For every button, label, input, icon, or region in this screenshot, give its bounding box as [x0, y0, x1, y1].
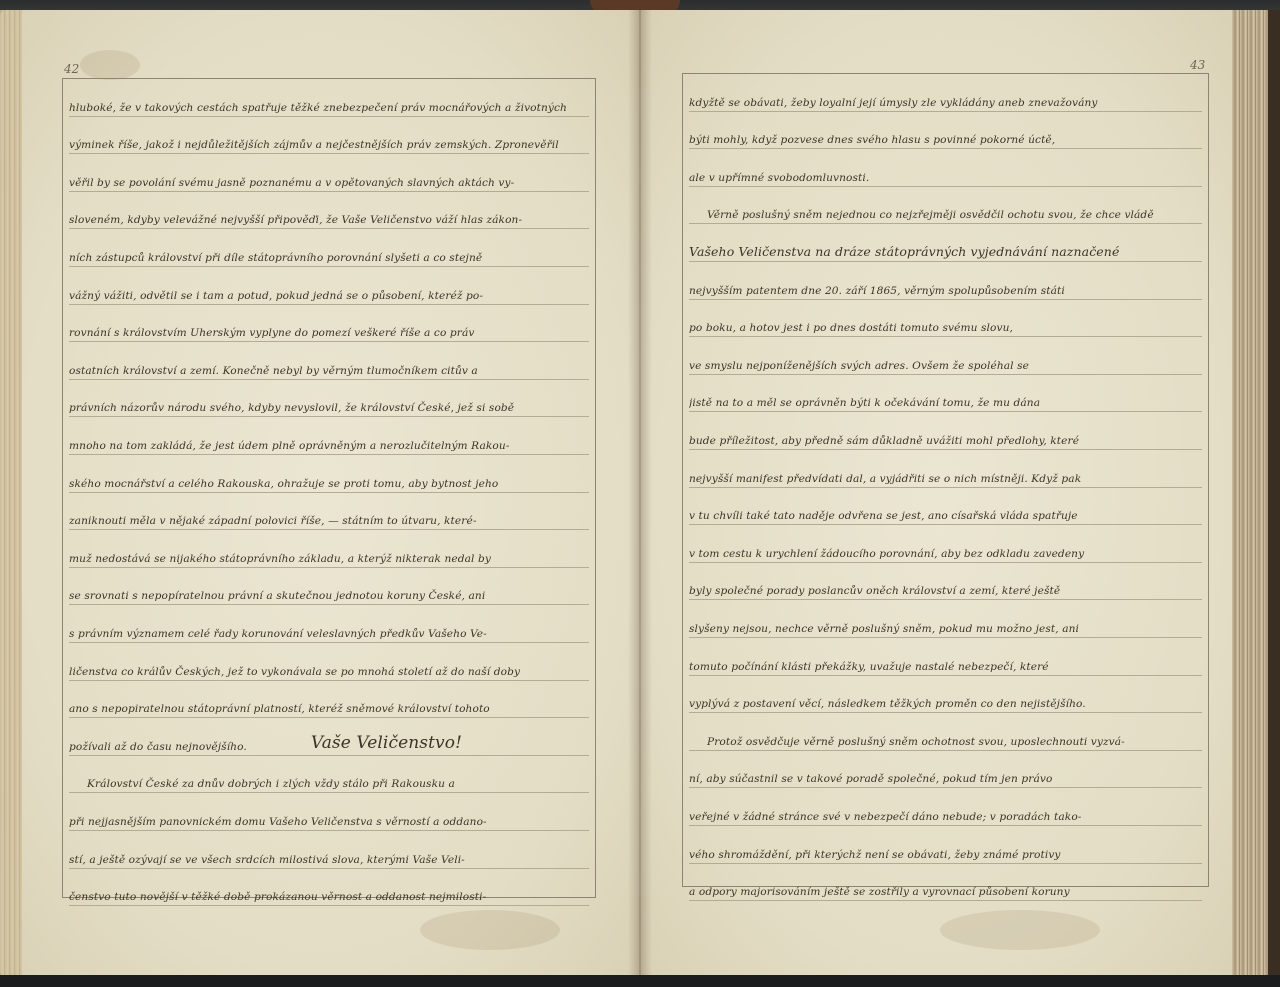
text-line-with-salutation: požívali až do času nejnovějšího. Vaše V… [69, 718, 589, 756]
text-line: ano s nepopiratelnou státoprávní platnos… [69, 681, 589, 719]
text-line: jistě na to a měl se oprávněn býti k oče… [689, 375, 1202, 413]
text-line: se srovnati s nepopíratelnou právní a sk… [69, 568, 589, 606]
text-line: ale v upřímné svobodomluvnosti. [689, 149, 1202, 187]
salutation-heading: Vaše Veličenstvo! [311, 733, 462, 753]
left-page-number: 42 [64, 62, 79, 76]
text-line: kdyžtě se obávati, žeby loyalní její úmy… [689, 74, 1202, 112]
text-line-segment: požívali až do času nejnovějšího. [69, 741, 247, 753]
text-line: zaniknouti měla v nějaké západní polovic… [69, 493, 589, 531]
text-line: hluboké, že v takových cestách spatřuje … [69, 79, 589, 117]
text-line: veřejné v žádné stránce své v nebezpečí … [689, 788, 1202, 826]
text-line: právních názorův národu svého, kdyby nev… [69, 380, 589, 418]
paper-stain [80, 50, 140, 80]
text-line: v tom cestu k urychlení žádoucího porovn… [689, 525, 1202, 563]
text-line: ličenstva co králův Českých, jež to vyko… [69, 643, 589, 681]
right-page-edges [1232, 10, 1280, 977]
text-line: ostatních království a zemí. Konečně neb… [69, 342, 589, 380]
text-line: Protož osvědčuje věrně poslušný sněm och… [689, 713, 1202, 751]
text-line: byly společné porady poslancův oněch krá… [689, 563, 1202, 601]
text-line: ní, aby súčastnil se v takové poradě spo… [689, 751, 1202, 789]
text-line: vyplývá z postavení věcí, následkem těžk… [689, 676, 1202, 714]
text-line: sloveném, kdyby velevážné nejvyšší připo… [69, 192, 589, 230]
book-cover-bottom-edge [0, 975, 1280, 987]
text-line: Věrně poslušný sněm nejednou co nejzřejm… [689, 187, 1202, 225]
text-line: věřil by se povolání svému jasně poznané… [69, 154, 589, 192]
text-line: ského mocnářství a celého Rakouska, ohra… [69, 455, 589, 493]
text-line: v tu chvíli také tato naděje odvřena se … [689, 488, 1202, 526]
text-line: vého shromáždění, při kterýchž není se o… [689, 826, 1202, 864]
left-page-text-block: hluboké, že v takových cestách spatřuje … [62, 78, 596, 898]
text-line: s právním významem celé řady korunování … [69, 605, 589, 643]
text-line: čenstvo tuto novější v těžké době prokáz… [69, 869, 589, 907]
text-line: ních zástupců království při díle státop… [69, 229, 589, 267]
text-line: muž nedostává se nijakého státoprávního … [69, 530, 589, 568]
paper-stain [420, 910, 560, 950]
text-line: po boku, a hotov jest i po dnes dostáti … [689, 300, 1202, 338]
text-line: mnoho na tom zakládá, že jest údem plně … [69, 417, 589, 455]
text-line: a odpory majorisováním ještě se zostřily… [689, 864, 1202, 902]
text-line: výminek říše, jakož i nejdůležitějších z… [69, 117, 589, 155]
right-page-number: 43 [1190, 58, 1205, 72]
text-line: stí, a ještě ozývají se ve všech srdcích… [69, 831, 589, 869]
text-line: býti mohly, když pozvese dnes svého hlas… [689, 112, 1202, 150]
text-line: tomuto počínání klásti překážky, uvažuje… [689, 638, 1202, 676]
book-gutter [628, 10, 652, 977]
left-page-edges [0, 10, 22, 977]
text-line: při nejjasnějším panovnickém domu Vašeho… [69, 793, 589, 831]
text-line: Vašeho Veličenstva na dráze státoprávnýc… [689, 224, 1202, 262]
paper-stain [940, 910, 1100, 950]
text-line: ve smyslu nejponíženějších svých adres. … [689, 337, 1202, 375]
open-book-spread: 42 43 hluboké, že v takových cestách spa… [0, 0, 1280, 987]
right-page-text-block: kdyžtě se obávati, žeby loyalní její úmy… [682, 73, 1209, 887]
text-line: rovnání s královstvím Uherským vyplyne d… [69, 305, 589, 343]
text-line: bude příležitost, aby předně sám důkladn… [689, 412, 1202, 450]
text-line: slyšeny nejsou, nechce věrně poslušný sn… [689, 600, 1202, 638]
text-line: vážný vážiti, odvětil se i tam a potud, … [69, 267, 589, 305]
text-line: Království České za dnův dobrých i zlých… [69, 756, 589, 794]
text-line: nejvyšší manifest předvídati dal, a vyjá… [689, 450, 1202, 488]
text-line: nejvyšším patentem dne 20. září 1865, vě… [689, 262, 1202, 300]
